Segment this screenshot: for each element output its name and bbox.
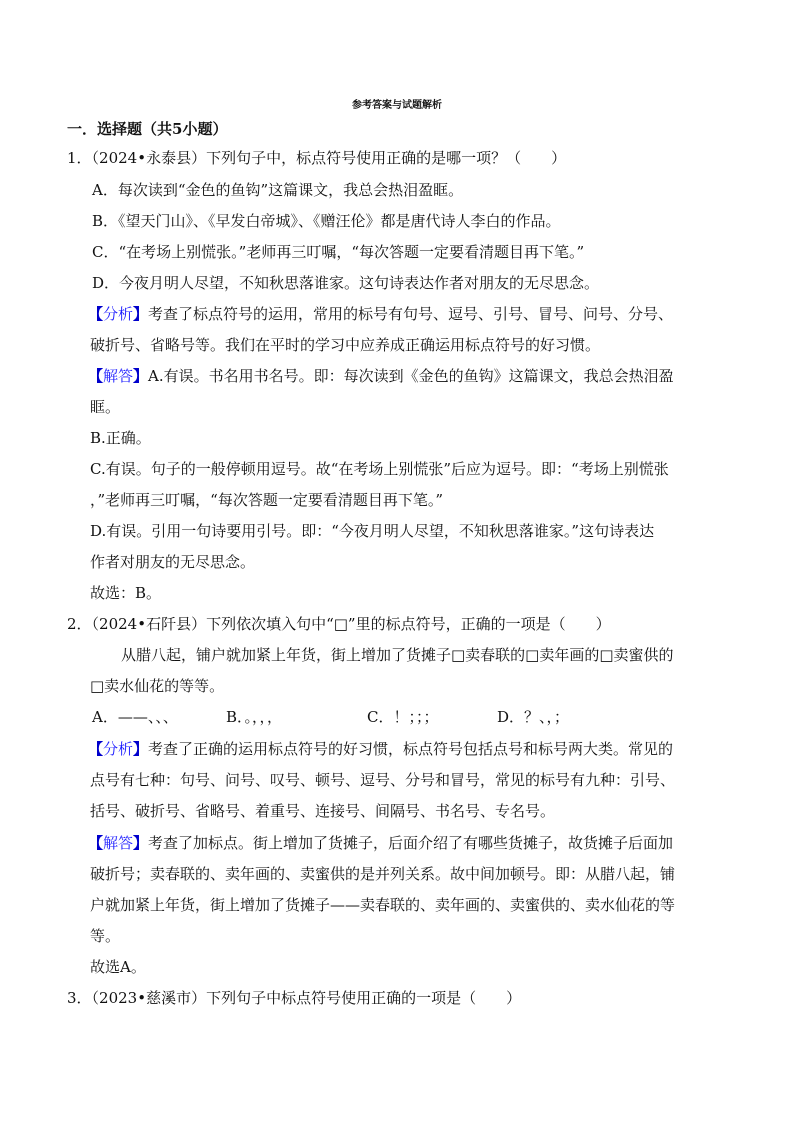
question-2-option-c: C．！；；； xyxy=(367,707,438,727)
final-answer: 故选A。 xyxy=(90,957,146,977)
question-2-analysis: 【分析】考查了正确的运用标点符号的好习惯，标点符号包括点号和标号两大类。常见的 xyxy=(88,739,673,759)
label-bracket-close: 】 xyxy=(133,834,148,852)
question-text: （2023•慈溪市）下列句子中标点符号使用正确的一项是（ ） xyxy=(92,989,522,1007)
question-1-option-a: A．每次读到“金色的鱼钩”这篇课文，我总会热泪盈眶。 xyxy=(92,180,463,200)
answer-text: 户就加紧上年货，街上增加了货摊子——卖春联的、卖年画的、卖蜜供的、卖水仙花的等 xyxy=(90,895,675,915)
question-1-answer: 【解答】A.有误。书名用书名号。即：每次读到《金色的鱼钩》这篇课文，我总会热泪盈 xyxy=(88,366,674,386)
answer-label: 解答 xyxy=(103,367,133,385)
question-text: （2024•永泰县）下列句子中，标点符号使用正确的是哪一项？（ ） xyxy=(92,149,567,167)
label-bracket-close: 】 xyxy=(133,367,148,385)
question-2-option-b: B．。，，， xyxy=(226,707,282,727)
answer-text: ，”老师再三叮嘱，“每次答题一定要看清题目再下笔。” xyxy=(90,490,443,510)
question-2-passage: 从腊八起，铺户就加紧上年货，街上增加了货摊子□卖春联的□卖年画的□卖蜜供的 xyxy=(121,645,674,665)
label-bracket-close: 】 xyxy=(133,740,148,758)
answer-text: D.有误。引用一句诗要用引号。即：“今夜月明人尽望，不知秋思落谁家。”这句诗表达 xyxy=(90,521,654,541)
final-answer: 故选：B。 xyxy=(90,583,161,603)
question-number: 2． xyxy=(67,615,92,633)
question-2-option-a: A．——、、、 xyxy=(92,707,178,727)
answer-text: 等。 xyxy=(90,926,120,946)
answer-text: 破折号；卖春联的、卖年画的、卖蜜供的是并列关系。故中间加顿号。即：从腊八起，铺 xyxy=(90,864,675,884)
analysis-label: 分析 xyxy=(103,305,133,323)
question-number: 3． xyxy=(67,989,92,1007)
question-2-passage: □卖水仙花的等等。 xyxy=(90,676,224,696)
analysis-text: 括号、破折号、省略号、着重号、连接号、间隔号、书名号、专名号。 xyxy=(90,801,555,821)
question-text: （2024•石阡县）下列依次填入句中“□”里的标点符号，正确的一项是（ ） xyxy=(92,615,611,633)
answer-label: 解答 xyxy=(103,834,133,852)
answer-text: C.有误。句子的一般停顿用逗号。故“在考场上别慌张”后应为逗号。即：“考场上别慌… xyxy=(90,459,669,479)
question-1-option-d: D．今夜月明人尽望，不知秋思落谁家。这句诗表达作者对朋友的无尽思念。 xyxy=(92,273,599,293)
analysis-text: 考查了标点符号的运用，常用的标号有句号、逗号、引号、冒号、问号、分号、 xyxy=(148,305,673,323)
question-1-analysis: 【分析】考查了标点符号的运用，常用的标号有句号、逗号、引号、冒号、问号、分号、 xyxy=(88,304,673,324)
document-title: 参考答案与试题解析 xyxy=(0,96,794,111)
label-bracket-open: 【 xyxy=(88,740,103,758)
analysis-text: 点号有七种：句号、问号、叹号、顿号、逗号、分号和冒号，常见的标号有九种：引号、 xyxy=(90,770,675,790)
question-1-stem: 1．（2024•永泰县）下列句子中，标点符号使用正确的是哪一项？（ ） xyxy=(67,148,566,168)
answer-text: 考查了加标点。街上增加了货摊子，后面介绍了有哪些货摊子，故货摊子后面加 xyxy=(148,834,673,852)
answer-text: B.正确。 xyxy=(90,428,151,448)
answer-text: 眶。 xyxy=(90,397,120,417)
question-3-stem: 3．（2023•慈溪市）下列句子中标点符号使用正确的一项是（ ） xyxy=(67,988,521,1008)
question-2-stem: 2．（2024•石阡县）下列依次填入句中“□”里的标点符号，正确的一项是（ ） xyxy=(67,614,611,634)
label-bracket-open: 【 xyxy=(88,367,103,385)
analysis-label: 分析 xyxy=(103,740,133,758)
label-bracket-open: 【 xyxy=(88,834,103,852)
question-number: 1． xyxy=(67,149,92,167)
answer-text: 作者对朋友的无尽思念。 xyxy=(90,552,255,572)
analysis-text: 考查了正确的运用标点符号的好习惯，标点符号包括点号和标号两大类。常见的 xyxy=(148,740,673,758)
answer-text: A.有误。书名用书名号。即：每次读到《金色的鱼钩》这篇课文，我总会热泪盈 xyxy=(148,367,674,385)
question-1-option-c: C．“在考场上别慌张。”老师再三叮嘱，“每次答题一定要看清题目再下笔。” xyxy=(92,242,584,262)
label-bracket-close: 】 xyxy=(133,305,148,323)
question-2-option-d: D．？、，； xyxy=(497,707,569,727)
label-bracket-open: 【 xyxy=(88,305,103,323)
analysis-text: 破折号、省略号等。我们在平时的学习中应养成正确运用标点符号的好习惯。 xyxy=(90,335,600,355)
section-heading: 一．选择题（共5小题） xyxy=(67,118,227,139)
question-2-answer: 【解答】考查了加标点。街上增加了货摊子，后面介绍了有哪些货摊子，故货摊子后面加 xyxy=(88,833,673,853)
question-1-option-b: B．《望天门山》、《早发白帝城》、《赠汪伦》都是唐代诗人李白的作品。 xyxy=(92,211,561,231)
